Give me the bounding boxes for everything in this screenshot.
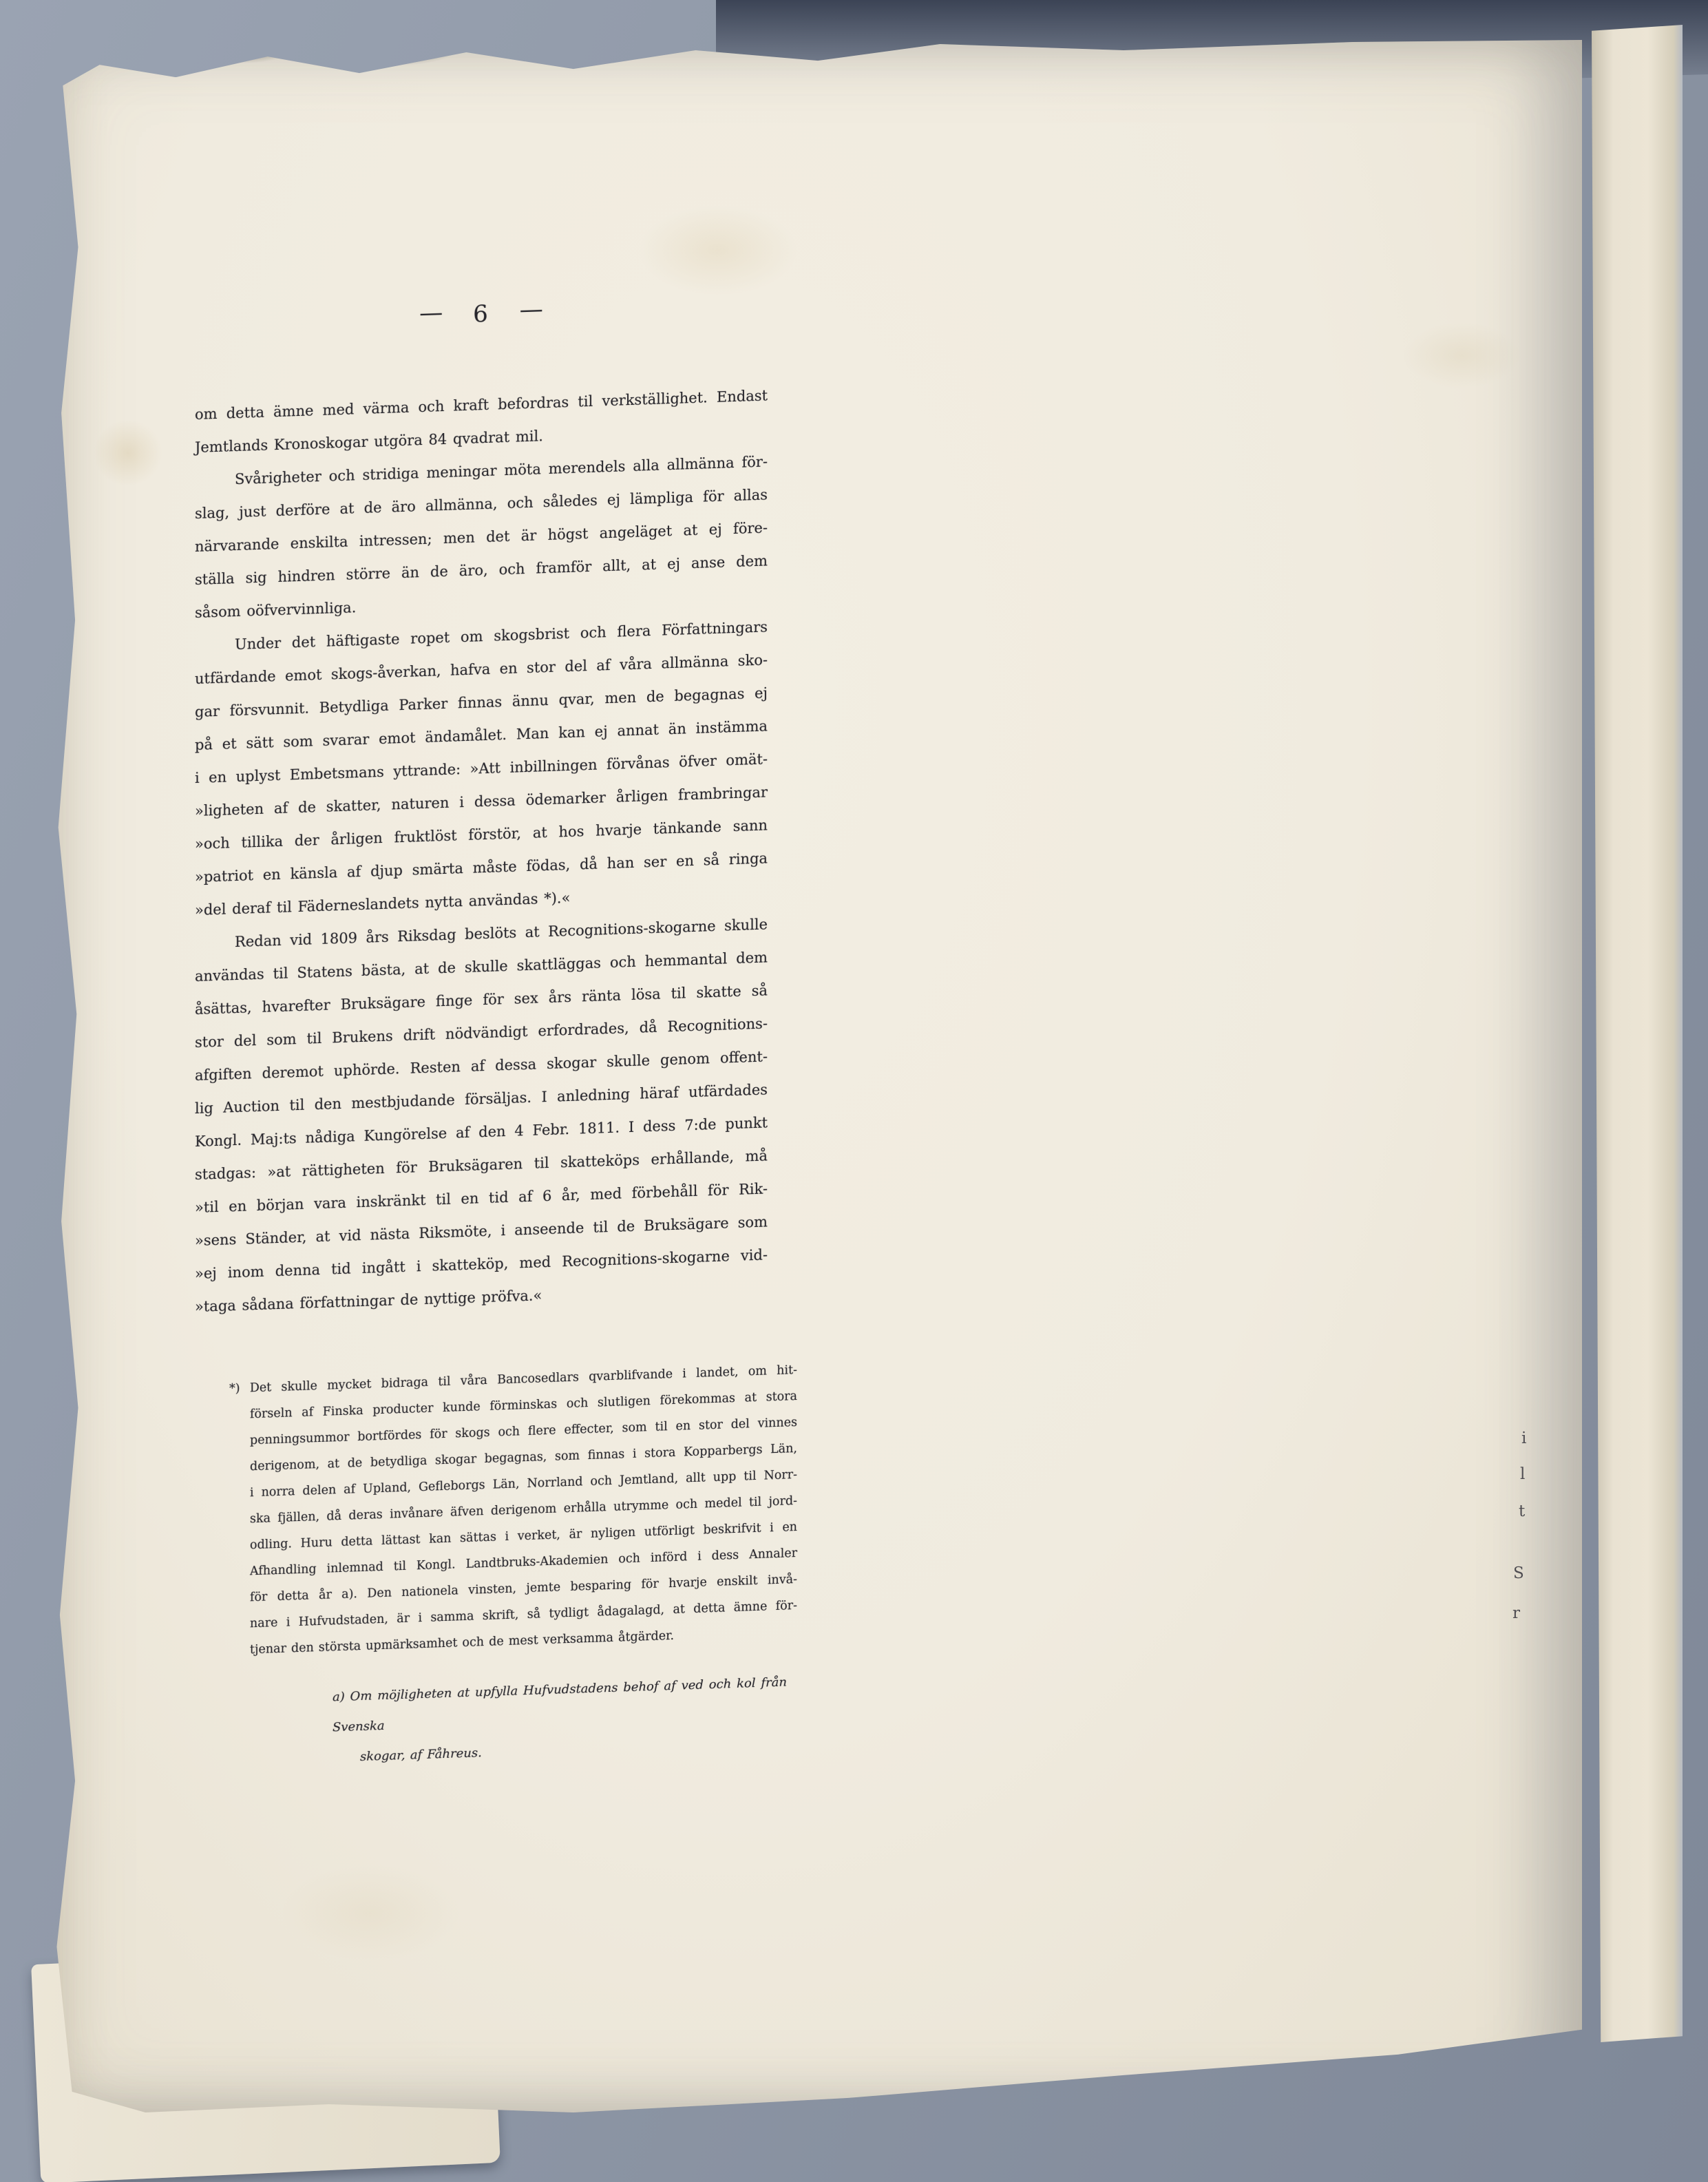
footnote-a: a) Om möjligheten at upfylla Hufvudstade… [333, 1667, 787, 1773]
footnote-star: *) Det skulle mycket bidraga til våra Ba… [229, 1357, 797, 1664]
paragraph: Redan vid 1809 års Riksdag beslöts at Re… [195, 908, 768, 1323]
scanned-book-photo: —6— om detta ämne med värma och kraft be… [0, 0, 1708, 2182]
facing-page-text-fragment: t [1519, 1502, 1525, 1520]
facing-page-text-fragment: r [1512, 1604, 1520, 1622]
header-dash-right: — [520, 295, 543, 324]
torn-paper-remnant [58, 37, 124, 56]
facing-page-text-fragment: l [1520, 1465, 1525, 1483]
facing-page-sliver [1592, 25, 1683, 2042]
page-header: —6— [195, 291, 768, 337]
book-page: —6— om detta ämne med värma och kraft be… [54, 40, 1582, 2112]
header-dash-left: — [419, 299, 443, 327]
paragraph: a) Om möjligheten at upfylla Hufvudstade… [333, 1667, 787, 1773]
paragraph: Under det häftigaste ropet om skogsbrist… [195, 610, 768, 927]
paragraph: *) Det skulle mycket bidraga til våra Ba… [229, 1357, 797, 1664]
paragraph: Svårigheter och stridiga meningar möta m… [195, 445, 768, 629]
facing-page-text-fragment: S [1513, 1564, 1524, 1582]
facing-page-text-fragment: i [1521, 1429, 1526, 1447]
body-text: om detta ämne med värma och kraft beford… [195, 379, 768, 1323]
page-number: 6 [473, 300, 489, 328]
printed-content: —6— om detta ämne med värma och kraft be… [54, 0, 1582, 2117]
